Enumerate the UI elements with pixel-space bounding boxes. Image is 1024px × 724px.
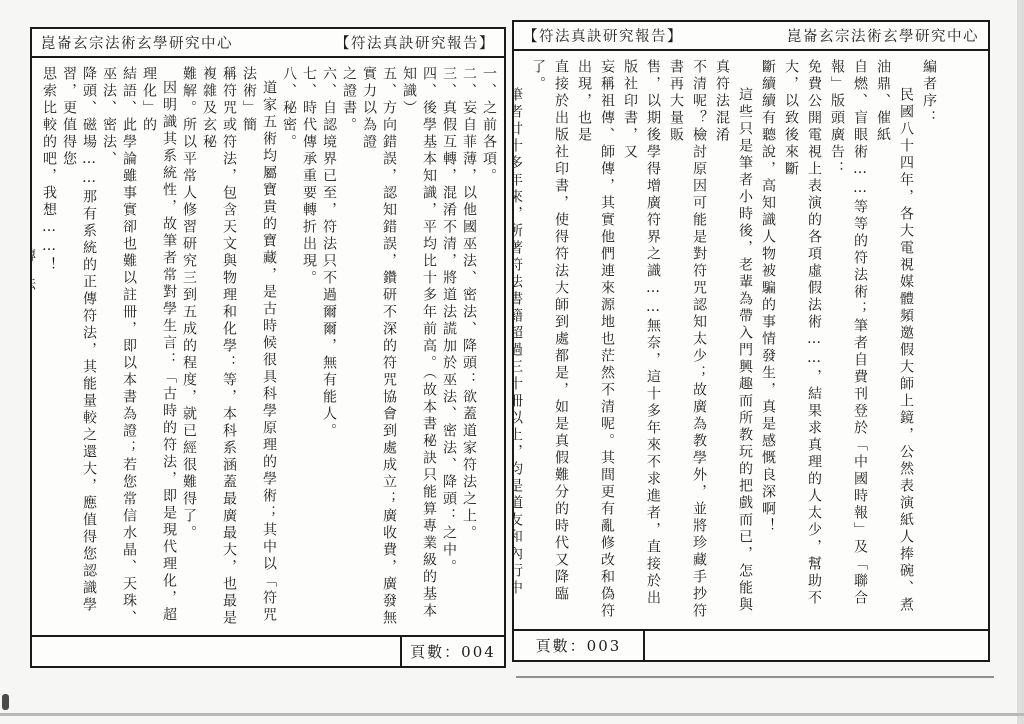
footer-spacer: [32, 637, 400, 666]
text-column: 妄稱祖傳、師傳，其實他們連來源地也茫然不清呢。其間更有亂修改和偽符出現，也是: [572, 59, 618, 623]
page-number: 頁數：004: [400, 637, 504, 666]
text-column: 斷續續有聽說，高知識人物被騙的事情發生，真是感慨良深啊！: [756, 59, 779, 623]
text-column: 一、之前各項。: [479, 66, 499, 629]
scan-smudge: [2, 694, 9, 710]
text-column: 稱符咒或符法，包含天文與物理和化學：等，本科系涵蓋最廣最大，也最是複雜及玄秘: [199, 66, 239, 629]
text-column: 八、秘密。: [279, 66, 299, 629]
page-number: 頁數：003: [514, 631, 645, 660]
text-column: 四、後學基本知識，平均比十多年前高。（故本書秘訣只能算專業級的基本知識）: [399, 66, 439, 629]
text-column: 降頭、磁場……那有系統的正傳符法，其能量較之還大，應值得您認識學習，更值得您: [59, 66, 99, 629]
page-body: 一、之前各項。二、妄自菲薄，以他國巫法、密法、降頭：欲蓋道家符法之上。三、真假互…: [32, 58, 504, 635]
text-column: 三、真假互轉，混淆不清，將道法謊加於巫法、密法、降頭：之中。: [439, 66, 459, 629]
running-head: 【符法真訣研究報告】 崑崙玄宗法術玄學研究中心: [514, 22, 988, 51]
editor-preface-title: 編者序：: [917, 59, 940, 623]
text-column: 思索比較的吧，我想……！: [39, 66, 59, 629]
running-head-org: 崑崙玄宗法術玄學研究中心: [41, 32, 233, 53]
text-column: 之證書。: [339, 66, 359, 629]
text-column: 七、時代傳承重要轉折出現。: [299, 66, 319, 629]
text-columns: 民國八十四年，各大電視媒體頻邀假大師上鏡，公然表演紙人捧碗、煮油鼎、催紙自燃、盲…: [514, 59, 917, 623]
page-footer: 頁數：003: [514, 629, 988, 660]
text-column: 這些只是筆者小時後，老輩為帶入門興趣而所教玩的把戲而已，怎能與真符法混淆: [710, 59, 756, 623]
text-column: 筆者廿十多年來，所著符法書籍超過三十冊以上，均是道友和內行中人，所固定收: [514, 59, 526, 623]
page-body: 編者序： 民國八十四年，各大電視媒體頻邀假大師上鏡，公然表演紙人捧碗、煮油鼎、催…: [514, 51, 988, 629]
text-column: 五、方向錯誤，認知錯誤，鑽研不深的符咒協會到處成立；廣收費，廣發無實力以為證: [359, 66, 399, 629]
vertical-text-area: 一、之前各項。二、妄自菲薄，以他國巫法、密法、降頭：欲蓋道家符法之上。三、真假互…: [32, 58, 504, 635]
text-column: 因明識其系統性，故筆者常對學生言：「古時的符法，即是現代理化，超理化」的: [139, 66, 179, 629]
running-head-org: 崑崙玄宗法術玄學研究中心: [787, 25, 979, 46]
text-column: 六、自認境界已至，符法只不過爾爾，無有能人。: [319, 66, 339, 629]
text-column: 民國八十四年，各大電視媒體頻邀假大師上鏡，公然表演紙人捧碗、煮油鼎、催紙: [871, 59, 917, 623]
scan-edge-shadow-bottom: [0, 713, 1024, 716]
running-head: 崑崙玄宗法術玄學研究中心 【符法真訣研究報告】: [32, 29, 504, 58]
text-column: 售，以期後學得增廣符界之識……無奈，這十多年來不求進者，直接於出版社印書，又: [618, 59, 664, 623]
vertical-text-area: 編者序： 民國八十四年，各大電視媒體頻邀假大師上鏡，公然表演紙人捧碗、煮油鼎、催…: [514, 51, 988, 629]
page-edge-line: [516, 676, 994, 678]
signature-title-right: 傳法: [32, 66, 39, 629]
text-column: 自燃、盲眼術……等等的符法術；筆者自費刊登於「中國時報」及「聯合報」版頭廣告：: [825, 59, 871, 623]
page-footer: 頁數：004: [32, 635, 504, 666]
text-column: 難解。所以平常人修習研究三到五成的程度，就已經很難得了。: [179, 66, 199, 629]
footer-spacer: [645, 631, 988, 660]
scan-edge-shadow-right: [1017, 0, 1024, 724]
running-head-title: 【符法真訣研究報告】: [523, 25, 683, 46]
running-head-title: 【符法真訣研究報告】: [335, 32, 495, 53]
text-column: 免費公開電視上表演的各項虛假法術……，結果求真理的人太少，幫助不大，以致後來斷: [779, 59, 825, 623]
text-column: 不清呢？檢討原因可能是對符咒認知太少；故廣為教學外，並將珍藏手抄符書再大量販: [664, 59, 710, 623]
text-column: 道家五術均屬寶貴的寶藏，是古時候很具科學原理的學術；其中以「符咒法術」簡: [239, 66, 279, 629]
book-page-left: 崑崙玄宗法術玄學研究中心 【符法真訣研究報告】 一、之前各項。二、妄自菲薄，以他…: [30, 27, 506, 668]
book-page-right: 【符法真訣研究報告】 崑崙玄宗法術玄學研究中心 編者序： 民國八十四年，各大電視…: [512, 20, 990, 662]
text-columns: 一、之前各項。二、妄自菲薄，以他國巫法、密法、降頭：欲蓋道家符法之上。三、真假互…: [39, 66, 499, 629]
text-column: 二、妄自菲薄，以他國巫法、密法、降頭：欲蓋道家符法之上。: [459, 66, 479, 629]
text-column: 直接於出版社印書，使得符法大師到處都是，如是真假難分的時代又降臨了。: [526, 59, 572, 623]
text-column: 結語、此學論雖事實卻也難以註冊，即以本書為證；若您常信水晶、天珠、巫法、密法、: [99, 66, 139, 629]
book-scan: { "right_page": { "header": { "left": "【…: [0, 0, 1024, 724]
